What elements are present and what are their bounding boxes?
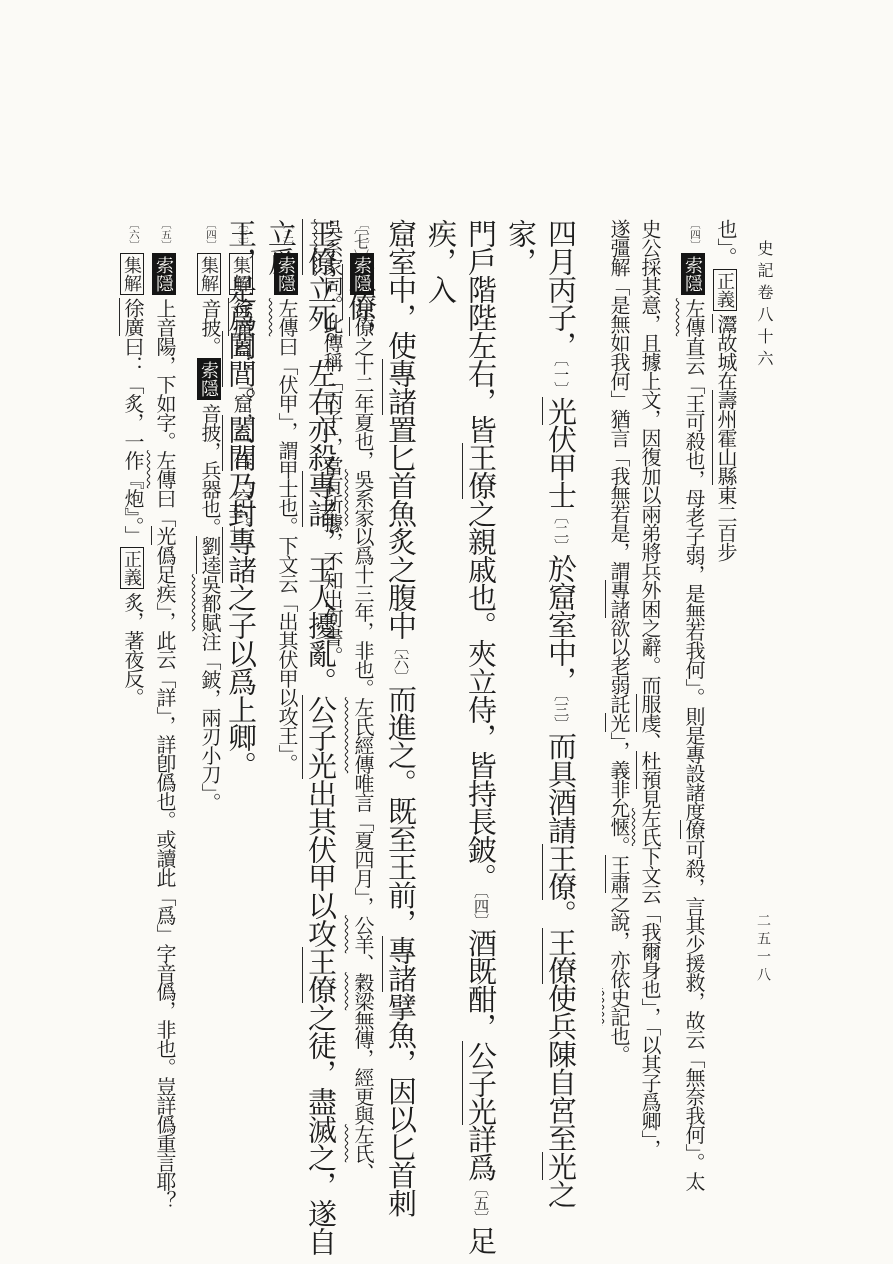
text-run: 欲以老弱託 [607,618,629,713]
suoyin-marker: 索隱 [681,253,705,295]
proper-name: 徐廣 [119,298,143,336]
text-run: 也。 [607,1026,629,1064]
text-run: 詳爲 [464,1125,496,1181]
text-run: 曰「伏甲」，謂甲士也。下文云「出其伏甲以攻王」。 [275,336,297,772]
text-run: 置匕首魚炙之腹中 [384,415,416,639]
text-run: 伏甲士 [544,425,576,509]
text-run: 直云「王可殺也，母老子弱，是無若我何」。則是專設諸度 [682,336,704,820]
text-run: 也」。 [714,219,736,266]
main-text-column: 四月丙子，〔一〕光伏甲士〔二〕於窟室中，〔三〕而具酒請王僚。王僚使兵陳自宮至光之… [500,219,580,1261]
proper-name: 劉逵 [196,536,220,574]
commentary-column: 也」。正義灊故城在壽州霍山縣東二百步 [709,219,740,1261]
proper-name: 專諸 [605,580,629,618]
text-run: 曰：「窟，一作『空』。」 [230,336,252,544]
text-run: 遂彊解「是無如我何」猶言「我無若是，謂 [607,219,629,580]
text-run: 門戶階陛左右，皆 [464,219,496,443]
book-title: 史記 [607,988,629,1026]
text-run: 使兵陳自宮至 [544,984,576,1152]
text-run: 、 [638,732,660,751]
commentary-column: 〔六〕集解徐廣曰：「炙，一作『炮』。」正義炙，著夜反。 [116,219,148,1261]
footnote-ref: 〔三〕 [236,219,247,250]
commentary-column: 〔四〕集解音披。索隱音披，兵器也。劉逵吳都賦注「鈹，兩刃小刀」。 [193,219,225,1261]
text-run: 同。此傳稱「丙子」，當有所據，不知出何書。 [320,276,342,665]
footnote-ref: 〔五〕 [159,219,170,250]
book-title: 左傳 [275,298,297,336]
text-run: 炙，著夜反。 [121,592,143,706]
commentary-column: 吳系家同。此傳稱「丙子」，當有所據，不知出何書。 [315,219,346,1261]
text-run: 之十二年夏也， [351,336,373,469]
text-run: 之親戚也。夾立侍，皆持長鈹。 [464,499,496,891]
scanned-book-page: 史記卷八十六 二五一八 也」。正義灊故城在壽州霍山縣東二百步〔四〕索隱左傳直云「… [0,0,893,1264]
book-title: 左傳 [153,450,175,488]
commentary-column: 史公採其意，且據上文，因復加以兩弟將兵外困之辭。而服虔、杜預見左氏下文云「我爾身… [633,219,664,1261]
main-text-column: 門戶階陛左右，皆王僚之親戚也。夾立侍，皆持長鈹。〔四〕酒既酣，公子光詳爲〔五〕足… [420,219,500,1261]
proper-name: 僚 [349,317,373,336]
text-run: 史公採其意，且據上文，因復加以兩弟將兵外困之辭。而 [638,219,660,694]
text-run: 音披，兵器也。 [198,403,220,536]
footnote-ref: 〔四〕 [472,891,488,929]
footnote-ref: 〔一〕 [552,359,568,397]
book-title: 公羊 [351,915,373,953]
text-run: 曰「 [153,488,175,526]
proper-name: 公子光 [462,1041,496,1125]
commentary-column: 〔四〕索隱左傳直云「王可殺也，母老子弱，是無若我何」。則是專設諸度僚可殺，言其少… [677,219,709,1261]
commentary-block-bottom: 〔一〕索隱注僚之十二年夏也，吳系家以爲十三年，非也。左氏經傳唯言「夏四月」，公羊… [116,219,378,1261]
text-run: 東二百步 [714,485,736,561]
text-run: 。 [544,900,576,928]
proper-name: 王僚 [462,443,496,499]
zhengyi-marker: 正義 [713,269,737,311]
text-run: 」，義非允愜。 [607,732,629,855]
text-run: 無傳，經更與 [351,1010,373,1124]
suoyin-marker: 索隱 [197,358,221,400]
commentary-column: 〔三〕集解徐廣曰：「窟，一作『空』。」 [225,219,257,1261]
proper-name: 灊 [712,314,736,333]
footnote-ref: 〔三〕 [552,694,568,732]
zhengyi-marker: 正義 [120,547,144,589]
proper-name: 徐廣 [228,298,252,336]
proper-name: 服虔 [636,694,660,732]
text-run: 上音陽，下如字。 [153,298,175,450]
commentary-column: 〔二〕索隱左傳曰「伏甲」，謂甲士也。下文云「出其伏甲以攻王」。 [270,219,302,1261]
text-run: 、 [351,953,373,972]
jijie-marker: 集解 [229,253,253,295]
text-run: 唯言「夏四月」， [351,773,373,915]
jijie-marker: 集解 [120,253,144,295]
text-run: 之說，亦依 [607,893,629,988]
text-run: 窟室中，使 [384,219,416,359]
text-run: 曰：「炙，一作『炮』。」 [121,336,143,544]
text-run: 酒既酣， [464,929,496,1041]
text-run: 而具酒請 [544,732,576,844]
jijie-marker: 集解 [197,253,221,295]
text-run: 見 [638,789,660,808]
folio-page-number: 二五一八 [752,913,772,985]
suoyin-marker: 索隱 [274,253,298,295]
running-title: 史記卷八十六 [752,240,775,372]
text-run: 於窟室中， [544,554,576,694]
book-title: 左氏經傳 [351,697,373,773]
footnote-ref: 〔二〕 [552,509,568,554]
commentary-column: 〔一〕索隱注僚之十二年夏也，吳系家以爲十三年，非也。左氏經傳唯言「夏四月」，公羊… [346,219,378,1261]
text-run: 僞足疾」，此云「詳」，詳卽僞也。或讀此「爲」字音僞，非也。豈詳僞重言耶？ [153,545,175,1209]
text-run: 擘魚，因以匕首刺 [384,992,416,1216]
book-title: 穀梁 [351,972,373,1010]
proper-name: 專諸 [382,936,416,992]
text-run: 以爲十三年，非也。 [351,526,373,697]
footnote-ref: 〔六〕 [127,219,138,250]
proper-name: 光 [542,397,576,425]
text-run: 注 [351,298,373,317]
proper-name: 壽州霍山縣 [712,390,736,485]
text-run: 注「鈹，兩刃小刀」。 [198,631,220,811]
proper-name: 僚 [680,820,704,839]
suoyin-marker: 索隱 [152,253,176,295]
footnote-ref: 〔四〕 [688,219,699,250]
text-run: 故城在 [714,333,736,390]
book-title: 左氏 [638,808,660,846]
proper-name: 王僚 [542,844,576,900]
suoyin-marker: 索隱 [350,253,374,295]
footnote-ref: 〔五〕 [472,1181,488,1226]
commentary-column: 遂彊解「是無如我何」猶言「我無若是，謂專諸欲以老弱託光」，義非允愜。王肅之說，亦… [602,219,633,1261]
text-run: 四月丙子， [544,219,576,359]
book-title: 吳都賦 [198,574,220,631]
proper-name: 專諸 [382,359,416,415]
commentary-block-top: 也」。正義灊故城在壽州霍山縣東二百步〔四〕索隱左傳直云「王可殺也，母老子弱，是無… [602,219,740,1261]
footnote-ref: 〔六〕 [392,639,408,684]
footnote-ref: 〔一〕 [357,219,368,250]
footnote-ref: 〔四〕 [204,219,215,250]
text-run: 、 [351,1162,373,1181]
commentary-column: 〔五〕索隱上音陽，下如字。左傳曰「光僞足疾」，此云「詳」，詳卽僞也。或讀此「爲」… [148,219,180,1261]
proper-name: 王肅 [605,855,629,893]
book-title: 吳系家 [351,469,373,526]
book-title: 左氏 [351,1124,373,1162]
text-run: 而進之。既至王前， [384,684,416,936]
book-title: 吳系家 [320,219,342,276]
book-title: 左傳 [682,298,704,336]
proper-name: 光 [542,1152,576,1180]
text-run: 下文云「我爾身也」，「以其子爲卿」， [638,846,660,1158]
text-run: 可殺，言其少援救，故云「無奈我何」。太 [682,839,704,1190]
text-run: 音披。 [198,298,220,355]
footnote-ref: 〔二〕 [281,219,292,250]
proper-name: 光 [605,713,629,732]
proper-name: 王僚 [542,928,576,984]
proper-name: 光 [151,526,175,545]
proper-name: 杜預 [636,751,660,789]
